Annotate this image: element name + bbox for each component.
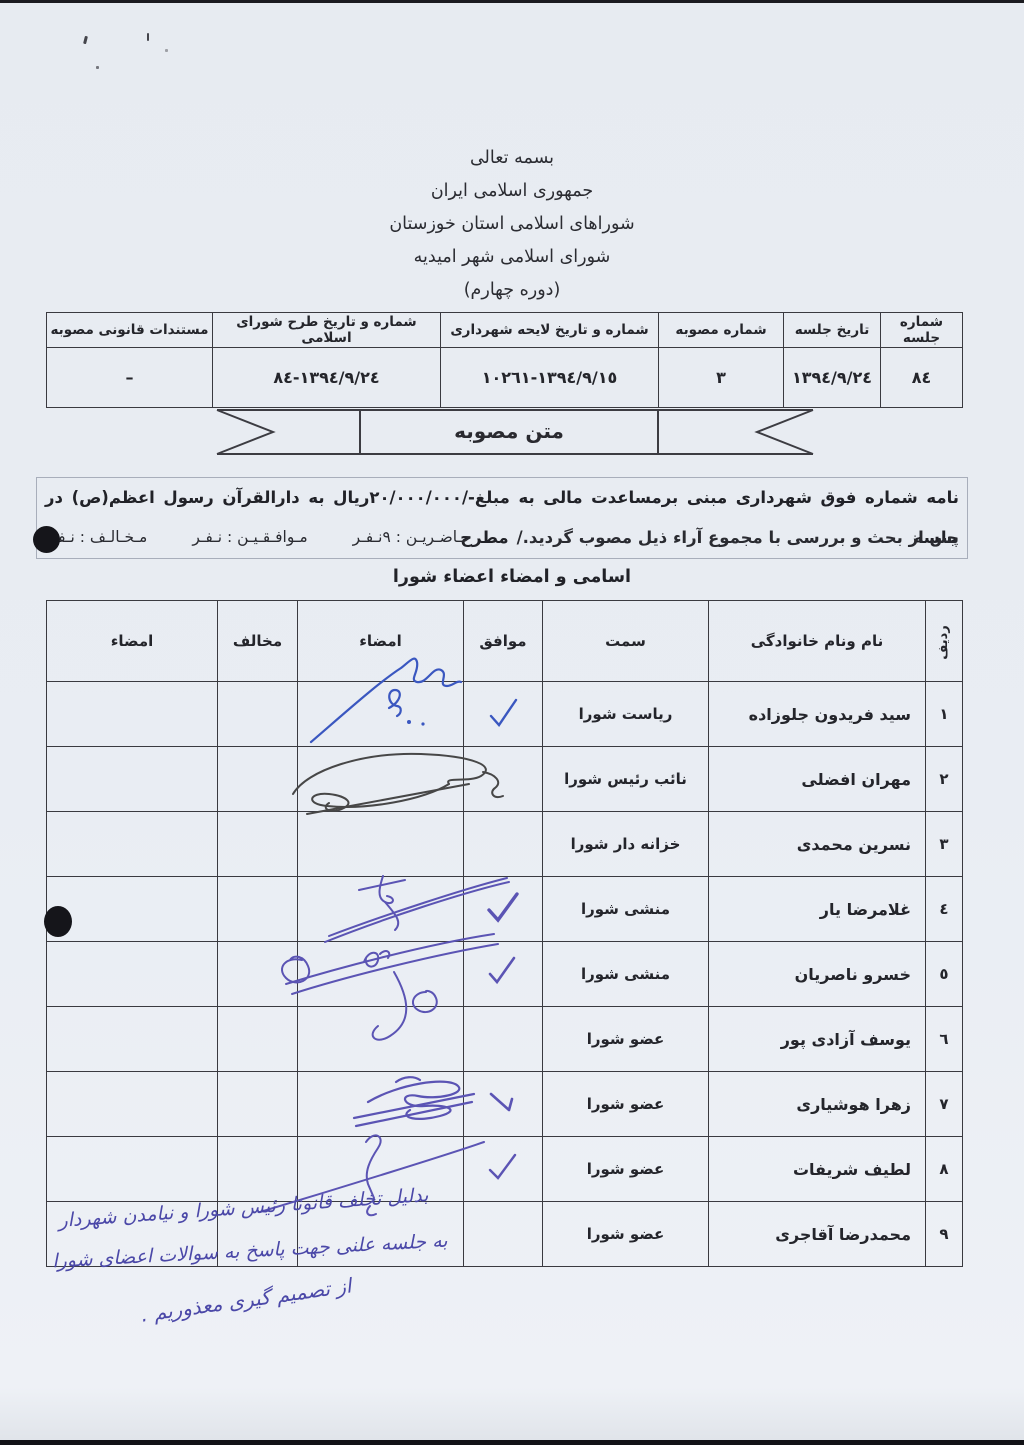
city-council-line: شورای اسلامی شهر امیدیه — [0, 241, 1024, 274]
resolution-line1: نامه شماره فوق شهرداری مبنی برمساعدت مال… — [45, 478, 959, 518]
agree-header: موافق — [464, 601, 543, 682]
name-header: نام ونام خانوادگی — [709, 601, 926, 682]
session-date-header: تاریخ جلسه — [784, 313, 881, 348]
hole-punch-mark — [33, 526, 60, 553]
province-councils-line: شوراهای اسلامی استان خوزستان — [0, 208, 1024, 241]
session-no-value: ٨٤ — [881, 348, 963, 408]
scan-top-edge — [0, 0, 1024, 3]
opposed-signature-cell — [47, 812, 218, 877]
resolution-no-value: ٣ — [659, 348, 784, 408]
session-date-value: ١٣٩٤/٩/٢٤ — [784, 348, 881, 408]
agree-cell — [464, 1007, 543, 1072]
signature-cell — [298, 942, 464, 1007]
country-line: جمهوری اسلامی ایران — [0, 175, 1024, 208]
opposed-header: مخالف — [218, 601, 298, 682]
check-icon — [487, 1088, 519, 1120]
opposed-signature-cell — [47, 1072, 218, 1137]
scan-speck — [83, 36, 88, 44]
legal-docs-header: مستندات قانونی مصوبه — [47, 313, 213, 348]
bill-no-date-header: شماره و تاریخ لایحه شهرداری — [441, 313, 659, 348]
signature-cell — [298, 1072, 464, 1137]
check-icon — [485, 956, 521, 992]
agree-cell — [464, 747, 543, 812]
member-row: ٨ لطیف شریفات عضو شورا — [47, 1137, 963, 1202]
council-plan-value: ١٣٩٤/٩/٢٤-٨٤ — [213, 348, 441, 408]
hole-punch-mark — [44, 906, 72, 937]
agree-cell — [464, 812, 543, 877]
opposed-cell — [218, 1007, 298, 1072]
agree-cell — [464, 1137, 543, 1202]
check-icon — [485, 1151, 521, 1187]
check-icon — [485, 696, 521, 732]
session-no-header: شماره جلسه — [881, 313, 963, 348]
opposed-cell — [218, 747, 298, 812]
agree-signature-header: امضاء — [298, 601, 464, 682]
opposed-cell — [218, 877, 298, 942]
signature-cell — [298, 1007, 464, 1072]
members-signature-table: ردیف نام ونام خانوادگی سمت موافق امضاء م… — [46, 600, 963, 1267]
scan-speck — [165, 49, 168, 52]
resolution-text-box: نامه شماره فوق شهرداری مبنی برمساعدت مال… — [36, 477, 968, 559]
agree-cell — [464, 1072, 543, 1137]
in-favor-count: مـوافـقـیـن : نـفـر — [192, 528, 307, 546]
term-line: (دوره چهارم) — [0, 274, 1024, 307]
attendees-count: حـاضـریـن : ٩نـفـر — [353, 528, 472, 546]
scanned-document-page: بسمه تعالی جمهوری اسلامی ایران شوراهای ا… — [0, 0, 1024, 1445]
opposed-cell — [218, 812, 298, 877]
member-row: ٥ خسرو ناصریان منشی شورا — [47, 942, 963, 1007]
opposed-signature-cell — [47, 682, 218, 747]
signature-cell — [298, 812, 464, 877]
position-header: سمت — [543, 601, 709, 682]
opposed-signature-cell — [47, 1007, 218, 1072]
member-row: ٤ غلامرضا یار منشی شورا — [47, 877, 963, 942]
opposed-signature-cell — [47, 877, 218, 942]
members-section-title: اسامی و امضاء اعضاء شورا — [0, 567, 1024, 587]
agree-cell — [464, 942, 543, 1007]
member-row: ١ سید فریدون جلوزاده ریاست شورا — [47, 682, 963, 747]
member-row: ٣ نسرین محمدی خزانه دار شورا — [47, 812, 963, 877]
opposed-cell — [218, 1137, 298, 1202]
row-no-header: ردیف — [926, 601, 963, 682]
opposed-cell — [218, 1072, 298, 1137]
opposed-cell — [218, 942, 298, 1007]
resolution-banner-title: متن مصوبه — [360, 409, 658, 453]
opposed-signature-header: امضاء — [47, 601, 218, 682]
session-info-table: شماره جلسه تاریخ جلسه شماره مصوبه شماره … — [46, 312, 963, 408]
council-plan-header: شماره و تاریخ طرح شورای اسلامی — [213, 313, 441, 348]
signature-cell — [298, 877, 464, 942]
agree-cell — [464, 877, 543, 942]
letterhead: بسمه تعالی جمهوری اسلامی ایران شوراهای ا… — [0, 142, 1024, 307]
signature-cell — [298, 682, 464, 747]
info-value-row: ٨٤ ١٣٩٤/٩/٢٤ ٣ ١٣٩٤/٩/١٥-١٠٢٦١ ١٣٩٤/٩/٢٤… — [47, 348, 963, 408]
check-icon — [485, 891, 521, 927]
member-row: ٦ یوسف آزادی پور عضو شورا — [47, 1007, 963, 1072]
opposed-count: مـخـالـف : نـفـر — [45, 528, 147, 546]
info-header-row: شماره جلسه تاریخ جلسه شماره مصوبه شماره … — [47, 313, 963, 348]
agree-cell — [464, 682, 543, 747]
scan-bottom-edge — [0, 1440, 1024, 1445]
member-row: ٧ زهرا هوشیاری عضو شورا — [47, 1072, 963, 1137]
bismillah-line: بسمه تعالی — [0, 142, 1024, 175]
legal-docs-value: – — [47, 348, 213, 408]
resolution-no-header: شماره مصوبه — [659, 313, 784, 348]
member-row: ٢ مهران افضلی نائب رئیس شورا — [47, 747, 963, 812]
opposed-signature-cell — [47, 942, 218, 1007]
scan-speck — [147, 33, 149, 41]
opposed-signature-cell — [47, 747, 218, 812]
bill-no-date-value: ١٣٩٤/٩/١٥-١٠٢٦١ — [441, 348, 659, 408]
scan-speck — [96, 66, 99, 69]
resolution-line2-bold: پس از بحث و بررسی با مجموع آراء ذیل مصوب… — [517, 528, 959, 547]
signature-cell — [298, 747, 464, 812]
members-header-row: ردیف نام ونام خانوادگی سمت موافق امضاء م… — [47, 601, 963, 682]
opposed-signature-cell — [47, 1137, 218, 1202]
agree-cell — [464, 1202, 543, 1267]
opposed-cell — [218, 682, 298, 747]
handwritten-note-line-3: از تصمیم گیری معذوریم . — [139, 1273, 352, 1326]
